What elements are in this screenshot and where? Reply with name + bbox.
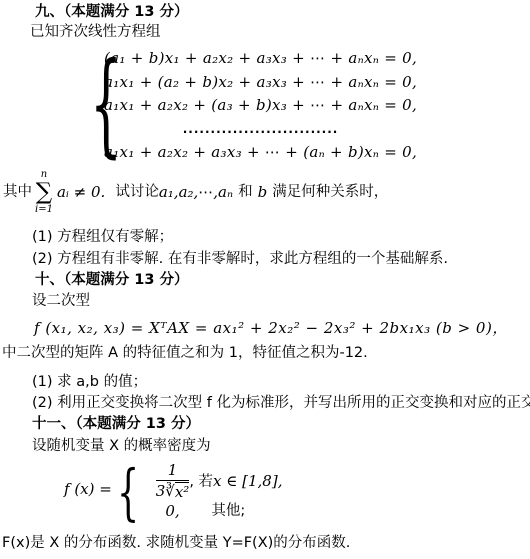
case2-value: 0, [156, 502, 190, 520]
equation-ellipsis-line: ............................ [104, 118, 417, 142]
summation-lower-limit: i=1 [35, 205, 53, 215]
case2-otherwise-text: 其他; [189, 502, 282, 520]
fraction-denominator: 3∛ x² [156, 481, 190, 501]
piecewise-density-function: f (x) = { 1 3∛ x² , 若x ∈ [1,8], 0, 其他; [64, 459, 282, 525]
sum-nonzero-condition: aᵢ ≠ 0. [57, 183, 105, 201]
summation-upper-limit: n [41, 170, 47, 180]
piecewise-lhs: f (x) = [64, 480, 112, 498]
problem10-heading: 十、（本题满分 13 分） [35, 271, 189, 289]
fraction: 1 3∛ x² [156, 461, 190, 501]
equation-line: a₁x₁ + a₂x₂ + a₃x₃ + ⋯ + (aₙ + b)xₙ = 0, [104, 141, 417, 165]
problem10-item1: (1) 求 a,b 的值； [32, 373, 147, 391]
discuss-text: 试讨论 [115, 183, 159, 201]
problem10-condition: 中二次型的矩阵 A 的特征值之和为 1，特征值之积为-12. [2, 344, 368, 362]
variable-list: a₁,a₂,⋯,aₙ [159, 183, 233, 201]
equation-line: a₁x₁ + a₂x₂ + (a₃ + b)x₃ + ⋯ + aₙxₙ = 0, [104, 94, 417, 118]
problem11-intro: 设随机变量 X 的概率密度为 [32, 437, 211, 455]
relation-text: 满足何种关系时， [272, 183, 388, 201]
problem9-item2: (2) 方程组有非零解. 在有非零解时，求此方程组的一个基础解系. [32, 250, 448, 268]
problem9-heading: 九、（本题满分 13 分） [35, 3, 189, 21]
piecewise-left-brace: { [117, 457, 139, 526]
sigma-icon: ∑ [36, 181, 52, 204]
problem9-item1: (1) 方程组仅有零解； [32, 228, 173, 246]
variable-b: b [258, 183, 268, 201]
equation-line: a₁x₁ + (a₂ + b)x₂ + a₃x₃ + ⋯ + aₙxₙ = 0, [104, 71, 417, 95]
case1-condition: , 若x ∈ [1,8], [189, 471, 282, 491]
sum-prefix-text: 其中 [3, 183, 32, 201]
sum-condition-line: 其中 n ∑ i=1 aᵢ ≠ 0. 试讨论 a₁,a₂,⋯,aₙ 和 b 满足… [3, 166, 388, 218]
problem10-intro: 设二次型 [32, 292, 90, 310]
exam-page: { "p9": { "heading": "九、（本题满分 13 分）", "i… [0, 0, 530, 559]
summation-symbol: n ∑ i=1 [35, 170, 53, 215]
problem11-heading: 十一、（本题满分 13 分） [32, 415, 200, 433]
case1-if-text: , 若 [189, 474, 213, 490]
equation-system: (a₁ + b)x₁ + a₂x₂ + a₃x₃ + ⋯ + aₙxₙ = 0,… [104, 47, 417, 165]
piecewise-cases: 1 3∛ x² , 若x ∈ [1,8], 0, 其他; [156, 461, 283, 520]
problem10-item2: (2) 利用正交变换将二次型 f 化为标准形，并写出所用的正交变换和对应的正交矩 [32, 394, 530, 412]
problem11-closing: F(x)是 X 的分布函数. 求随机变量 Y=F(X)的分布函数. [2, 534, 350, 552]
and-text: 和 [238, 183, 253, 201]
case1-interval: x ∈ [1,8], [213, 472, 282, 490]
radicand: x² [175, 482, 189, 501]
quadratic-form-formula: f (x₁, x₂, x₃) = XᵀAX = ax₁² + 2x₂² − 2x… [34, 317, 508, 338]
fraction-numerator: 1 [156, 461, 190, 481]
equation-line: (a₁ + b)x₁ + a₂x₂ + a₃x₃ + ⋯ + aₙxₙ = 0, [104, 47, 417, 71]
cube-root-icon: 3∛ [156, 482, 175, 500]
